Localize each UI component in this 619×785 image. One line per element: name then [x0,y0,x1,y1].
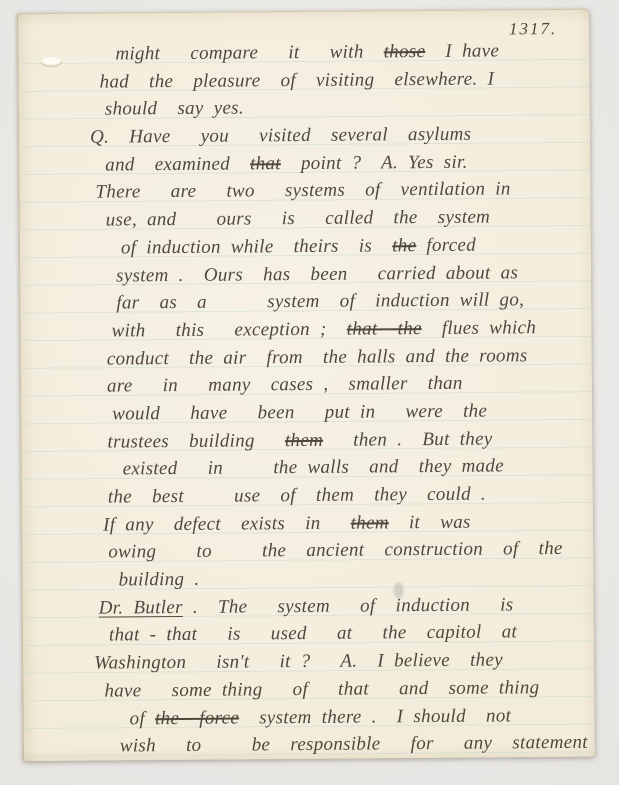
handwriting-text: system . Ours has been carried about as [116,262,518,286]
handwriting-text: would have been put in were the [112,401,487,425]
handwriting-text: existed in the walls and they made [123,456,504,480]
handwriting-text: point ? A. Yes sir. [281,151,468,173]
handwriting-lines: might compare it with those I havehad th… [17,37,595,761]
handwritten-line: of the force system there . I should not [95,701,581,733]
handwriting-text: might compare it with [115,41,383,64]
handwriting-text: are in many cases , smaller than [107,373,463,397]
handwriting-text: Q. Have you visited several asylums [90,124,471,148]
handwriting-text: building . [118,569,199,591]
handwritten-line: would have been put in were the [92,397,578,429]
paper-page: 1317. might compare it with those I have… [17,9,595,761]
handwriting-text: that - that is used at the capitol at [109,622,517,646]
struck-word: the force [155,707,239,729]
handwritten-line: Q. Have you visited several asylums [90,120,576,152]
underlined-word: Dr. Butler [99,597,183,619]
struck-word: them [285,429,323,450]
handwritten-line: use, and ours is called the system [91,203,577,235]
handwriting-text: Washington isn't it ? A. I believe they [94,650,503,674]
handwriting-text: There are two systems of ventilation in [95,179,510,203]
handwritten-line: conduct the air from the halls and the r… [92,341,578,373]
handwritten-line: might compare it with those I have [89,37,575,69]
handwriting-text: it was [389,511,471,533]
handwriting-text: should say yes. [105,98,244,120]
struck-word: the [392,235,416,256]
handwritten-line: building . [93,563,579,595]
handwriting-text: far as a system of induction will go, [116,289,524,313]
handwritten-line: wish to be responsible for any statement [95,729,581,761]
handwriting-text: wish to be responsible for any statement [120,732,588,757]
handwritten-line: had the pleasure of visiting elsewhere. … [90,65,576,97]
handwriting-text: the best use of them they could . [108,484,486,508]
handwritten-line: Dr. Butler . The system of induction is [94,591,580,623]
handwritten-line: If any defect exists in them it was [93,508,579,540]
handwriting-text: I have [425,40,499,62]
handwriting-text: of induction while theirs is [121,235,392,258]
handwriting-text: of [130,708,156,729]
struck-word: them [351,512,389,533]
handwriting-text: system there . I should not [239,705,511,728]
handwriting-text: had the pleasure of visiting elsewhere. … [100,68,495,92]
handwritten-line: system . Ours has been carried about as [91,258,577,290]
handwriting-text: owing to the ancient construction of the [108,538,563,563]
struck-word: that [250,153,281,174]
handwriting-text: have some thing of that and some thing [104,677,539,701]
struck-word: those [384,41,426,62]
handwriting-text: . The system of induction is [183,594,514,618]
handwriting-text: use, and ours is called the system [106,207,491,231]
handwritten-line: of induction while theirs is the forced [91,231,577,263]
handwriting-text: If any defect exists in [103,512,351,535]
handwritten-line: Washington isn't it ? A. I believe they [94,646,580,678]
handwritten-line: should say yes. [90,92,576,124]
handwriting-text: and examined [105,153,250,175]
handwritten-line: owing to the ancient construction of the [93,535,579,567]
handwritten-line: far as a system of induction will go, [91,286,577,318]
handwriting-text: conduct the air from the halls and the r… [107,345,528,369]
handwritten-line: are in many cases , smaller than [92,369,578,401]
handwriting-text: trustees building [107,430,285,452]
handwritten-line: and examined that point ? A. Yes sir. [90,148,576,180]
handwritten-line: with this exception ; that the flues whi… [91,314,577,346]
handwriting-text: flues which [422,317,537,339]
handwritten-line: have some thing of that and some thing [94,674,580,706]
handwriting-text: with this exception ; [111,319,346,342]
handwritten-line: There are two systems of ventilation in [90,175,576,207]
handwritten-line: trustees building them then . But they [92,424,578,456]
handwriting-text: then . But they [323,428,493,450]
handwriting-text: forced [416,234,476,255]
handwritten-line: existed in the walls and they made [93,452,579,484]
struck-word: that the [347,318,422,340]
handwritten-line: that - that is used at the capitol at [94,618,580,650]
handwritten-line: the best use of them they could . [93,480,579,512]
